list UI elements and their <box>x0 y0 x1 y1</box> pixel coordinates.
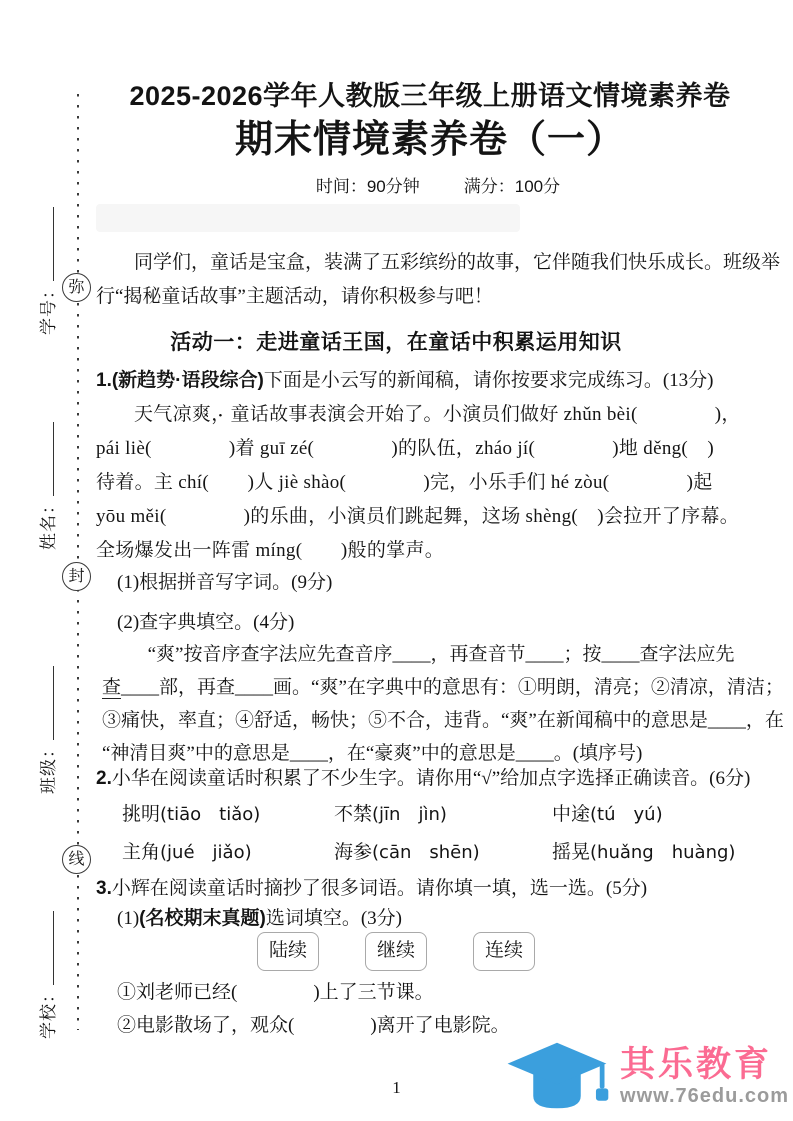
question-1-tag: (新趋势·语段综合) <box>112 370 264 391</box>
wrapped-blank-char: 查 <box>102 677 121 699</box>
word-option-jixu: 继续 <box>365 932 427 971</box>
pronunciation-row-1: 挑明(tiāo tiǎo) 不禁(jīn jìn) 中途(tú yú) <box>96 798 793 831</box>
question-3-sub-1: (1)(名校期末真题)选词填空。(3分) <box>96 902 793 935</box>
graduation-cap-icon <box>500 1036 614 1116</box>
passage-line-1: 天气凉爽，童话故事表演会开始了。小演员们做好 zhǔn bèi( )， <box>96 398 784 432</box>
class-blank <box>38 666 54 740</box>
seal-char-feng: 封 <box>62 562 91 591</box>
passage-line-3: 待着。主 chí( )人 jiè shào( )完，小乐手们 hé zòu( )… <box>96 466 784 500</box>
publisher-website: www.76edu.com <box>620 1085 789 1107</box>
word-option-boxes: 陆续 继续 连续 <box>96 932 696 971</box>
intro-line-2: 行“揭秘童话故事”主题活动，请你积极参与吧！ <box>96 280 784 314</box>
dict-line-3: ③痛快，率直；④舒适，畅快；⑤不合，违背。“爽”在新闻稿中的意思是____，在 <box>102 704 790 737</box>
question-3-sub-1-tag: (名校期末真题) <box>139 908 266 929</box>
passage-line-4: yōu měi( )的乐曲，小演员们跳起舞，这场 shèng( )会拉开了序幕。 <box>96 500 784 534</box>
time-limit: 时间：90分钟 <box>316 177 420 196</box>
school-blank <box>38 911 54 985</box>
question-3-number: 3. <box>96 878 112 899</box>
pronunciation-item: 主角(jué jiǎo) <box>122 836 334 869</box>
dictionary-exercise: “爽”按音序查字法应先查音序____，再查音节____；按____查字法应先 查… <box>96 638 790 770</box>
publisher-name: 其乐教育 <box>620 1045 772 1085</box>
dict-line-1: “爽”按音序查字法应先查音序____，再查音节____；按____查字法应先 <box>102 638 790 671</box>
pronunciation-row-2: 主角(jué jiǎo) 海参(cān shēn) 摇晃(huǎng huàng… <box>96 836 793 869</box>
question-1-number: 1. <box>96 370 112 391</box>
passage-line-5: 全场爆发出一阵雷 míng( )般的掌声。 <box>96 534 784 568</box>
section-heading: 活动一：走进童话王国，在童话中积累运用知识 <box>96 326 696 359</box>
question-1-sub-1: (1)根据拼音写字词。(9分) <box>96 566 793 599</box>
dict-line-2: 查____部，再查____画。“爽”在字典中的意思有：①明朗，清亮；②清凉，清洁… <box>102 671 790 704</box>
pronunciation-item: 不禁(jīn jìn) <box>334 798 552 831</box>
scan-shade-band <box>96 204 520 232</box>
publisher-logo: 其乐教育 www.76edu.com <box>500 1036 789 1116</box>
school-label: 学校： <box>34 985 59 1039</box>
name-field: 姓名： <box>34 374 60 550</box>
question-3-stem: 3.小辉在阅读童话时摘抄了很多词语。请你填一填，选一选。(5分) <box>96 872 784 905</box>
word-option-luxu: 陆续 <box>257 932 319 971</box>
question-2-number: 2. <box>96 768 112 789</box>
school-field: 学校： <box>34 863 60 1039</box>
class-field: 班级： <box>34 618 60 794</box>
pronunciation-item: 中途(tú yú) <box>552 798 764 831</box>
news-passage: 天气凉爽，童话故事表演会开始了。小演员们做好 zhǔn bèi( )， pái … <box>96 398 784 568</box>
name-label: 姓名： <box>34 496 59 550</box>
seal-char-xian: 线 <box>62 845 91 874</box>
dotted-char-shuang: 爽 <box>192 404 211 425</box>
pronunciation-item: 挑明(tiāo tiǎo) <box>122 798 334 831</box>
word-option-lianxu: 连续 <box>473 932 535 971</box>
question-1-stem: 1.(新趋势·语段综合)下面是小云写的新闻稿，请你按要求完成练习。(13分) <box>96 364 784 397</box>
exam-page: 弥 封 线 学号： 姓名： 班级： 学校： 2025-2026学年人教版三年级上… <box>0 0 793 1121</box>
fill-blank-item-1: ①刘老师已经( )上了三节课。 <box>96 976 793 1009</box>
paper-title: 期末情境素养卷（一） <box>80 108 780 163</box>
full-score: 满分：100分 <box>464 177 560 196</box>
pronunciation-item: 摇晃(huǎng huàng) <box>552 836 764 869</box>
intro-line-1: 同学们，童话是宝盒，装满了五彩缤纷的故事，它伴随我们快乐成长。班级举 <box>96 246 784 280</box>
pronunciation-item: 海参(cān shēn) <box>334 836 552 869</box>
exam-meta: 时间：90分钟满分：100分 <box>96 172 780 197</box>
seal-char-mi: 弥 <box>62 273 91 302</box>
student-number-blank <box>38 207 54 281</box>
question-2-stem: 2.小华在阅读童话时积累了不少生字。请你用“√”给加点字选择正确读音。(6分) <box>96 762 784 795</box>
publisher-text: 其乐教育 www.76edu.com <box>620 1045 789 1107</box>
passage-line-2: pái liè( )着 guī zé( )的队伍，zháo jí( )地 děn… <box>96 432 784 466</box>
question-1-sub-2: (2)查字典填空。(4分) <box>96 606 793 639</box>
name-blank <box>38 422 54 496</box>
class-label: 班级： <box>34 740 59 794</box>
student-number-field: 学号： <box>34 159 60 335</box>
student-number-label: 学号： <box>34 281 59 335</box>
intro-paragraph: 同学们，童话是宝盒，装满了五彩缤纷的故事，它伴随我们快乐成长。班级举 行“揭秘童… <box>96 246 784 314</box>
